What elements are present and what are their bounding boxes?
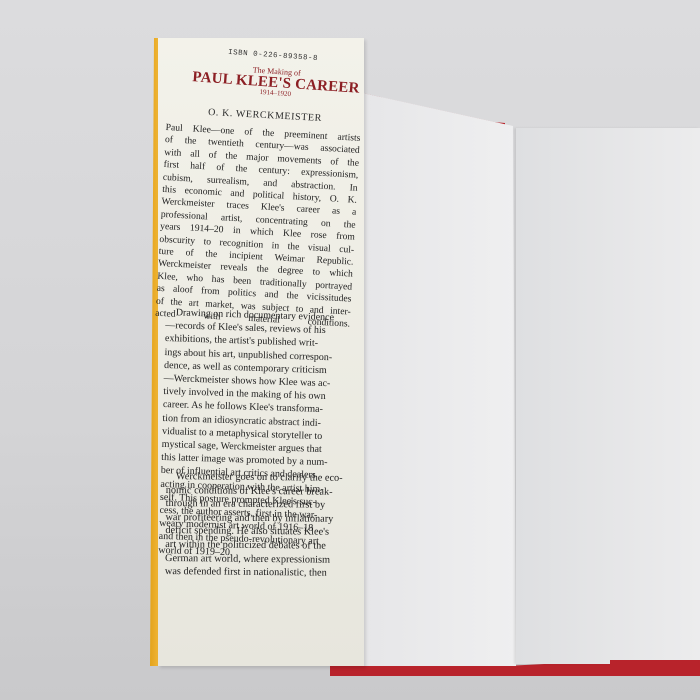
blurb-paragraph-1: Paul Klee—one of the preeminent artists … [155, 122, 361, 331]
dust-jacket-flap: ISBN 0-226-89358-8 The Making of PAUL KL… [158, 38, 364, 666]
author-name: O. K. WERCKMEISTER [208, 107, 322, 124]
blurb-paragraph-3: Werckmeister goes on to clarify the eco-… [165, 470, 366, 581]
endpaper-page [358, 92, 516, 666]
text-line: was defended first in nationalistic, the… [165, 565, 365, 581]
book-cover-edge [610, 660, 700, 672]
isbn-label: ISBN 0-226-89358-8 [228, 49, 318, 63]
book-title-block: The Making of PAUL KLEE'S CAREER 1914–19… [175, 61, 377, 104]
book-page [516, 128, 700, 664]
